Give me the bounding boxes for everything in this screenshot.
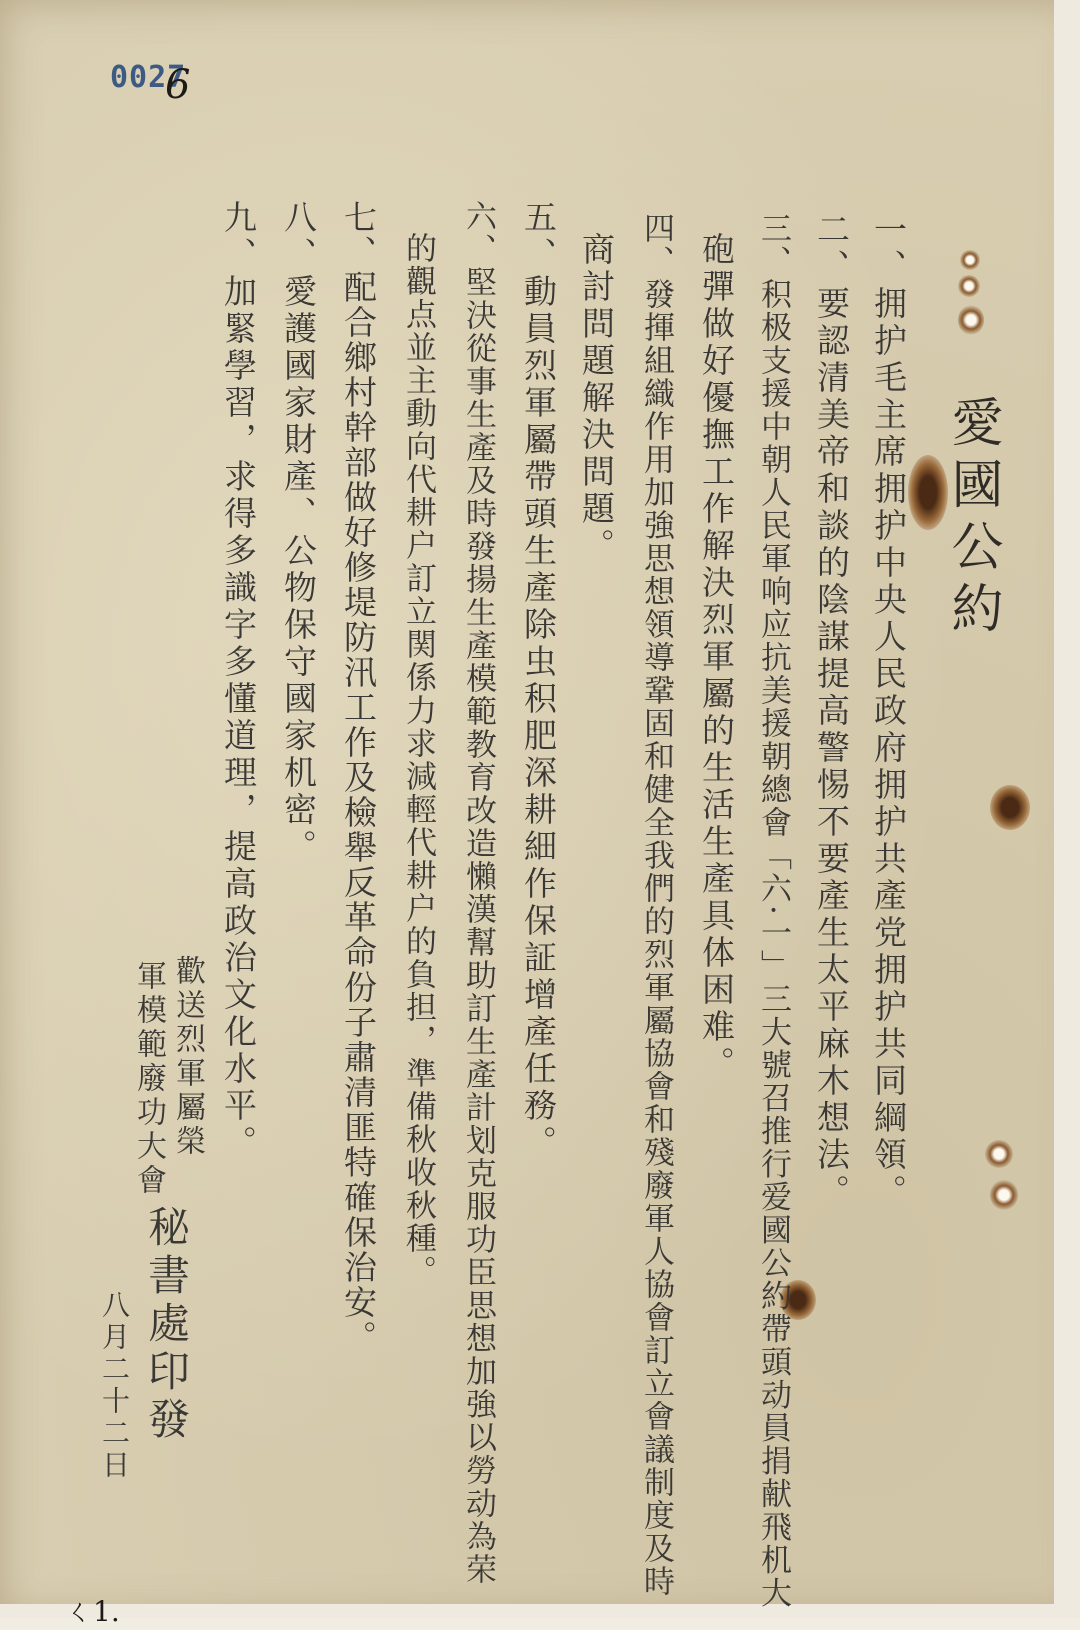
article-6-line-1: 六、堅決從事生產及時發揚生產模範教育改造懶漢幫助訂生產計划克服功臣思想加強以勞动…	[462, 200, 493, 1586]
article-3-line-1: 三、积极支援中朝人民軍响应抗美援朝總會「六·一」三大號召推行爱國公約帶頭动員捐献…	[757, 212, 788, 1610]
article-4-line-2: 商討問題解決問題。	[580, 232, 613, 565]
corner-handwritten-mark: ㄑ1.	[65, 1590, 120, 1618]
article-2: 二、要認清美帝和談的陰謀提高警惕不要產生太平麻木想法。	[815, 212, 848, 1211]
issuing-office: 秘書處印發	[145, 1205, 187, 1445]
issue-date: 八月二十二日	[100, 1290, 128, 1482]
article-9: 九、加緊學習，求得多識字多懂道理，提高政治文化水平。	[222, 200, 255, 1162]
page-margin-right	[1054, 0, 1080, 1618]
burn-hole	[990, 1180, 1018, 1210]
article-3-line-2: 砲彈做好優撫工作解決烈軍屬的生活生產具体困难。	[700, 232, 733, 1083]
article-6-line-2: 的觀点並主動向代耕户訂立関係力求減輕代耕户的負担，準備秋收秋種。	[402, 232, 433, 1288]
burn-hole	[958, 275, 980, 297]
article-1: 一、拥护毛主席拥护中央人民政府拥护共產党拥护共同綱領。	[872, 212, 905, 1211]
burn-hole	[960, 250, 980, 270]
document-page: 0027 6 愛國公約 一、拥护毛主席拥护中央人民政府拥护共產党拥护共同綱領。 …	[0, 0, 1080, 1618]
article-8: 八、愛護國家財產、公物保守國家机密。	[282, 200, 315, 866]
issuer-line-1: 歡送烈軍屬榮	[172, 955, 202, 1159]
archive-number-handwritten: 6	[165, 62, 190, 108]
article-4-line-1: 四、發揮組織作用加強思想領導鞏固和健全我們的烈軍屬協會和殘廢軍人協會訂立會議制度…	[640, 212, 671, 1598]
issuer-line-2: 軍模範廢功大會	[133, 960, 163, 1198]
burn-stain	[990, 785, 1030, 830]
burn-hole	[985, 1140, 1013, 1168]
article-5: 五、動員烈軍屬帶頭生產除虫积肥深耕細作保証增產任務。	[522, 200, 555, 1162]
burn-hole	[958, 305, 984, 335]
document-title: 愛國公約	[935, 395, 1010, 643]
page-margin-bottom	[0, 1604, 1080, 1618]
article-7: 七、配合鄉村幹部做好修堤防汛工作及檢舉反革命份子肅清匪特確保治安。	[342, 200, 375, 1355]
